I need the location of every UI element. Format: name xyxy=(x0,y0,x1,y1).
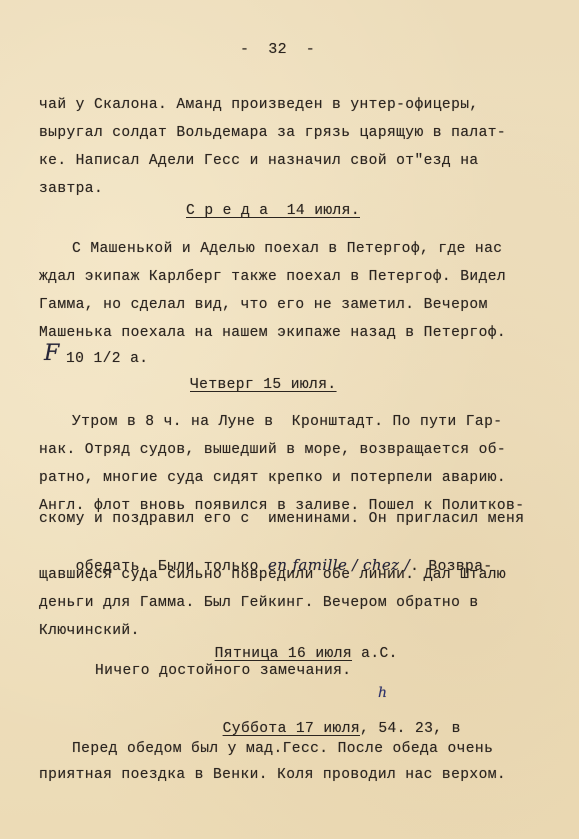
page-number: - 32 - xyxy=(240,41,315,59)
paragraph-line: Машенька поехала на нашем экипаже назад … xyxy=(39,324,506,342)
paragraph-line: деньги для Гамма. Был Гейкинг. Вечером о… xyxy=(39,594,479,612)
annotation-text: 10 1/2 а. xyxy=(66,350,148,368)
paragraph-line: Ключинский. xyxy=(39,622,140,640)
heading-text: Суббота 17 июля xyxy=(223,721,360,737)
paragraph-line: щавшиеся суда сильно повредили обе линии… xyxy=(39,566,506,584)
paragraph-line: нак. Отряд судов, вышедший в море, возвр… xyxy=(39,441,506,459)
paragraph-line: скому и поздравил его с именинами. Он пр… xyxy=(39,510,524,528)
paragraph-line: С Машенькой и Аделью поехал в Петергоф, … xyxy=(72,240,502,258)
paragraph-line: Гамма, но сделал вид, что его не заметил… xyxy=(39,296,488,314)
paragraph-line: выругал солдат Вольдемара за грязь царящ… xyxy=(39,124,506,142)
heading-text: Пятница 16 июля xyxy=(215,646,352,662)
paragraph-line: ке. Написал Адели Гесс и назначил свой о… xyxy=(39,152,479,170)
entry-heading-wednesday: С р е д а 14 июля. xyxy=(186,202,360,220)
heading-suffix: а.С. xyxy=(352,646,398,662)
handwritten-superscript: h xyxy=(378,684,387,702)
handwritten-annotation: F xyxy=(44,345,60,363)
paragraph-line: Ничего достойного замечания. xyxy=(95,662,351,680)
paragraph-line: ждал экипаж Карлберг также поехал в Пете… xyxy=(39,268,506,286)
paragraph-line: ратно, многие суда сидят крепко и потерп… xyxy=(39,469,506,487)
paragraph-line: Перед обедом был у мад.Гесс. После обеда… xyxy=(72,740,493,758)
entry-heading-thursday: Четверг 15 июля. xyxy=(190,376,337,394)
document-page: - 32 - чай у Скалона. Аманд произведен в… xyxy=(0,0,579,839)
heading-suffix: , 54. 23, в xyxy=(360,721,461,737)
paragraph-line: чай у Скалона. Аманд произведен в унтер-… xyxy=(39,96,479,114)
paragraph-line: приятная поездка в Венки. Коля проводил … xyxy=(39,766,506,784)
paragraph-line: Утром в 8 ч. на Луне в Кронштадт. По пут… xyxy=(72,413,502,431)
paragraph-line: завтра. xyxy=(39,180,103,198)
